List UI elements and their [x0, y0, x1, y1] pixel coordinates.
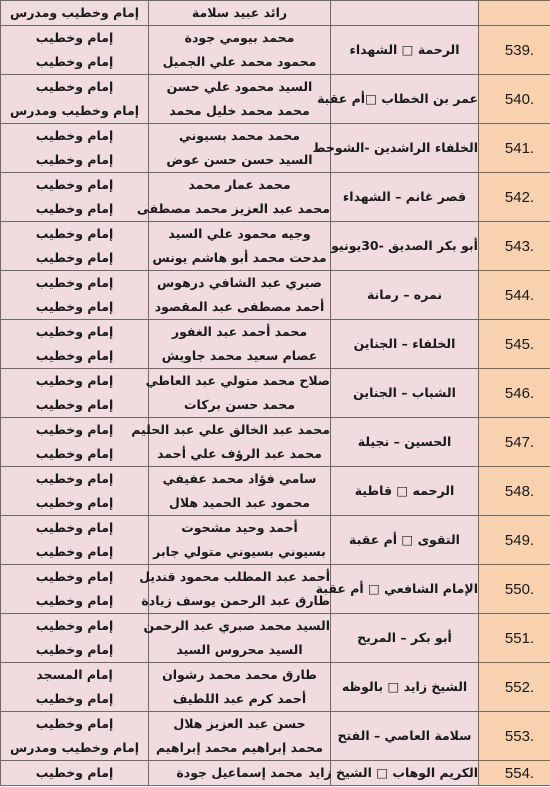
role-text: إمام وخطيب	[1, 148, 148, 172]
role-text: إمام وخطيب	[1, 565, 148, 589]
mosque-cell: سلامة العاصي – الفتح	[331, 712, 479, 761]
role-text: إمام وخطيب	[1, 26, 148, 50]
name-cell: أحمد وحيد مشحوتبسيوني بسيوني متولي جابر	[149, 516, 331, 565]
role-text: إمام وخطيب	[1, 222, 148, 246]
number-cell: 543.	[479, 222, 550, 271]
mosque-cell: الخلفاء – الجناين	[331, 320, 479, 369]
name-cell: أحمد عبد المطلب محمود قنديلطارق عبد الرح…	[149, 565, 331, 614]
number-cell: 551.	[479, 614, 550, 663]
name-text: محمد بيومي جودة	[149, 26, 330, 50]
role-text: إمام وخطيب	[1, 75, 148, 99]
number-cell: 547.	[479, 418, 550, 467]
role-cell: إمام وخطيبإمام وخطيب	[1, 516, 149, 565]
table-row: إمام وخطيبإمام وخطيبمحمد عبد الخالق علي …	[1, 418, 550, 467]
role-text: إمام وخطيب	[1, 124, 148, 148]
role-text: إمام وخطيب	[1, 467, 148, 491]
table-row: إمام وخطيبإمام وخطيبالسيد محمد صبري عبد …	[1, 614, 550, 663]
name-cell: سامي فؤاد محمد عفيفيمحمود عبد الحميد هلا…	[149, 467, 331, 516]
role-text: إمام وخطيب	[1, 761, 148, 785]
name-text: محمد حسن بركات	[149, 393, 330, 417]
role-cell: إمام وخطيبإمام وخطيب	[1, 614, 149, 663]
role-text: إمام وخطيب ومدرس	[1, 1, 148, 25]
role-cell: إمام وخطيبإمام وخطيب	[1, 26, 149, 75]
role-text: إمام وخطيب	[1, 589, 148, 613]
role-cell: إمام وخطيبإمام وخطيب	[1, 173, 149, 222]
role-text: إمام وخطيب	[1, 50, 148, 74]
table-row: إمام وخطيبإمام وخطيب ومدرسالسيد محمود عل…	[1, 75, 550, 124]
role-text: إمام وخطيب	[1, 687, 148, 711]
name-text: محمد إسماعيل جودة	[149, 761, 330, 785]
continuation-row: إمام وخطيب ومدرس رائد عبيد سلامة	[1, 1, 550, 26]
table-row: إمام المسجدإمام وخطيبطارق محمد محمد رشوا…	[1, 663, 550, 712]
name-text: محمد عبد الرؤف علي أحمد	[149, 442, 330, 466]
role-cell: إمام وخطيبإمام وخطيب	[1, 467, 149, 516]
mosque-cell: الرحمه □ قاطية	[331, 467, 479, 516]
name-text: رائد عبيد سلامة	[149, 1, 330, 25]
table-row: إمام وخطيبإمام وخطيبمحمد عمار محمدمحمد ع…	[1, 173, 550, 222]
mosque-cell: الكريم الوهاب □ الشيخ زايد	[331, 761, 479, 786]
role-text: إمام وخطيب	[1, 516, 148, 540]
mosque-text: أبو بكر – المريح	[331, 626, 478, 650]
role-cell: إمام وخطيبإمام وخطيب	[1, 320, 149, 369]
name-cell: محمد بيومي جودةمحمود محمد علي الجميل	[149, 26, 331, 75]
mosque-text: الرحمة □ الشهداء	[331, 38, 478, 62]
name-cell: حسن عبد العزيز هلالمحمد إبراهيم محمد إبر…	[149, 712, 331, 761]
role-text: إمام وخطيب	[1, 491, 148, 515]
table-row: إمام وخطيبمحمد إسماعيل جودةالكريم الوهاب…	[1, 761, 550, 786]
table-row: إمام وخطيبإمام وخطيبصلاح محمد متولي عبد …	[1, 369, 550, 418]
name-cell: وجيه محمود علي السيدمدحت محمد أبو هاشم ي…	[149, 222, 331, 271]
role-text: إمام وخطيب	[1, 197, 148, 221]
number-cell: 552.	[479, 663, 550, 712]
role-text: إمام وخطيب	[1, 442, 148, 466]
role-cell: إمام وخطيبإمام وخطيب	[1, 369, 149, 418]
name-text: بسيوني بسيوني متولي جابر	[149, 540, 330, 564]
role-text: إمام المسجد	[1, 663, 148, 687]
role-text: إمام وخطيب	[1, 271, 148, 295]
table-row: إمام وخطيبإمام وخطيبوجيه محمود علي السيد…	[1, 222, 550, 271]
name-cell: محمد محمد بسيونيالسيد حسن حسن عوض	[149, 124, 331, 173]
role-cell: إمام المسجدإمام وخطيب	[1, 663, 149, 712]
mosque-cell: الخلفاء الراشدين -الشوحط	[331, 124, 479, 173]
mosque-text: سلامة العاصي – الفتح	[331, 724, 478, 748]
name-text: السيد حسن حسن عوض	[149, 148, 330, 172]
role-cell: إمام وخطيبإمام وخطيب ومدرس	[1, 712, 149, 761]
mosque-text: الرحمه □ قاطية	[331, 479, 478, 503]
mosque-text: الخلفاء الراشدين -الشوحط	[331, 136, 478, 160]
role-cell: إمام وخطيبإمام وخطيب	[1, 124, 149, 173]
name-text: السيد محمد صبري عبد الرحمن	[149, 614, 330, 638]
role-text: إمام وخطيب	[1, 418, 148, 442]
name-text: محمود محمد علي الجميل	[149, 50, 330, 74]
table-row: إمام وخطيبإمام وخطيبمحمد محمد بسيونيالسي…	[1, 124, 550, 173]
role-text: إمام وخطيب	[1, 638, 148, 662]
number-cell: 554.	[479, 761, 550, 786]
number-cell: 546.	[479, 369, 550, 418]
number-cell: 549.	[479, 516, 550, 565]
role-text: إمام وخطيب	[1, 320, 148, 344]
role-text: إمام وخطيب	[1, 614, 148, 638]
name-text: السيد محروس السيد	[149, 638, 330, 662]
name-cell: السيد محمود علي حسنمحمد محمد خليل محمد	[149, 75, 331, 124]
mosque-text: الشباب – الجناين	[331, 381, 478, 405]
table-row: إمام وخطيبإمام وخطيبصبري عبد الشافي درهو…	[1, 271, 550, 320]
role-cell: إمام وخطيبإمام وخطيب	[1, 565, 149, 614]
mosque-cell: أبو بكر – المريح	[331, 614, 479, 663]
table-row: إمام وخطيبإمام وخطيبأحمد وحيد مشحوتبسيون…	[1, 516, 550, 565]
role-text: إمام وخطيب	[1, 246, 148, 270]
name-text: محمود عبد الحميد هلال	[149, 491, 330, 515]
role-text: إمام وخطيب	[1, 712, 148, 736]
role-text: إمام وخطيب	[1, 295, 148, 319]
mosque-cell: الحسين – نجيلة	[331, 418, 479, 467]
role-cell: إمام وخطيبإمام وخطيب	[1, 222, 149, 271]
role-cell: إمام وخطيب ومدرس	[1, 1, 149, 26]
role-cell: إمام وخطيبإمام وخطيب ومدرس	[1, 75, 149, 124]
name-text: محمد إبراهيم محمد إبراهيم	[149, 736, 330, 760]
role-text: إمام وخطيب	[1, 344, 148, 368]
role-cell: إمام وخطيبإمام وخطيب	[1, 271, 149, 320]
mosque-text: الإمام الشافعي □ أم عقبة	[331, 577, 478, 601]
name-text: محمد عبد الخالق علي عبد الحليم	[149, 418, 330, 442]
mosque-cell: أبو بكر الصديق -30يونيو	[331, 222, 479, 271]
name-text: حسن عبد العزيز هلال	[149, 712, 330, 736]
mosque-cell: الشيخ زايد □ بالوظه	[331, 663, 479, 712]
number-cell: 539.	[479, 26, 550, 75]
role-text: إمام وخطيب ومدرس	[1, 99, 148, 123]
mosque-cell: عمر بن الخطاب □أم عقبة	[331, 75, 479, 124]
number-cell	[479, 1, 550, 26]
number-cell: 548.	[479, 467, 550, 516]
name-cell: محمد أحمد عبد الغفورعصام سعيد محمد جاويش	[149, 320, 331, 369]
name-text: أحمد عبد المطلب محمود قنديل	[149, 565, 330, 589]
name-cell: طارق محمد محمد رشوانأحمد كرم عبد اللطيف	[149, 663, 331, 712]
mosque-text: عمر بن الخطاب □أم عقبة	[331, 87, 478, 111]
name-cell: السيد محمد صبري عبد الرحمنالسيد محروس ال…	[149, 614, 331, 663]
mosque-text: نمره – رمانة	[331, 283, 478, 307]
mosque-text: قصر غانم – الشهداء	[331, 185, 478, 209]
mosque-cell: الرحمة □ الشهداء	[331, 26, 479, 75]
role-text: إمام وخطيب	[1, 369, 148, 393]
table-row: إمام وخطيبإمام وخطيبسامي فؤاد محمد عفيفي…	[1, 467, 550, 516]
mosque-text: التقوى □ أم عقبة	[331, 528, 478, 552]
mosque-text: الحسين – نجيلة	[331, 430, 478, 454]
name-text: أحمد كرم عبد اللطيف	[149, 687, 330, 711]
mosque-cell: نمره – رمانة	[331, 271, 479, 320]
name-text: عصام سعيد محمد جاويش	[149, 344, 330, 368]
table-row: إمام وخطيبإمام وخطيب ومدرسحسن عبد العزيز…	[1, 712, 550, 761]
number-cell: 544.	[479, 271, 550, 320]
name-text: صلاح محمد متولي عبد العاطي	[149, 369, 330, 393]
mosque-text: الشيخ زايد □ بالوظه	[331, 675, 478, 699]
name-cell: صبري عبد الشافي درهوسأحمد مصطفى عبد المق…	[149, 271, 331, 320]
name-text: السيد محمود علي حسن	[149, 75, 330, 99]
name-cell: صلاح محمد متولي عبد العاطيمحمد حسن بركات	[149, 369, 331, 418]
number-cell: 545.	[479, 320, 550, 369]
mosque-cell: الإمام الشافعي □ أم عقبة	[331, 565, 479, 614]
name-text: محمد محمد خليل محمد	[149, 99, 330, 123]
name-text: محمد عبد العزيز محمد مصطفى	[149, 197, 330, 221]
role-text: إمام وخطيب	[1, 393, 148, 417]
mosque-text	[331, 1, 478, 25]
name-text: محمد محمد بسيوني	[149, 124, 330, 148]
role-text: إمام وخطيب	[1, 173, 148, 197]
table-row: إمام وخطيبإمام وخطيبأحمد عبد المطلب محمو…	[1, 565, 550, 614]
mosque-cell: الشباب – الجناين	[331, 369, 479, 418]
role-text: إمام وخطيب	[1, 540, 148, 564]
name-text: أحمد مصطفى عبد المقصود	[149, 295, 330, 319]
number-cell: 541.	[479, 124, 550, 173]
name-text: طارق عبد الرحمن يوسف زيادة	[149, 589, 330, 613]
name-cell: محمد عبد الخالق علي عبد الحليممحمد عبد ا…	[149, 418, 331, 467]
name-text: محمد عمار محمد	[149, 173, 330, 197]
number-cell: 542.	[479, 173, 550, 222]
mosque-cell: قصر غانم – الشهداء	[331, 173, 479, 222]
name-text: صبري عبد الشافي درهوس	[149, 271, 330, 295]
name-cell: رائد عبيد سلامة	[149, 1, 331, 26]
role-text: إمام وخطيب ومدرس	[1, 736, 148, 760]
role-cell: إمام وخطيب	[1, 761, 149, 786]
mosque-cell	[331, 1, 479, 26]
name-text: سامي فؤاد محمد عفيفي	[149, 467, 330, 491]
mosque-text: أبو بكر الصديق -30يونيو	[331, 234, 478, 258]
mosque-cell: التقوى □ أم عقبة	[331, 516, 479, 565]
name-cell: محمد إسماعيل جودة	[149, 761, 331, 786]
role-cell: إمام وخطيبإمام وخطيب	[1, 418, 149, 467]
name-text: مدحت محمد أبو هاشم يونس	[149, 246, 330, 270]
name-text: طارق محمد محمد رشوان	[149, 663, 330, 687]
table-row: إمام وخطيبإمام وخطيبمحمد بيومي جودةمحمود…	[1, 26, 550, 75]
table-row: إمام وخطيبإمام وخطيبمحمد أحمد عبد الغفور…	[1, 320, 550, 369]
imams-table: إمام وخطيب ومدرس رائد عبيد سلامة إمام وخ…	[0, 0, 550, 786]
name-text: محمد أحمد عبد الغفور	[149, 320, 330, 344]
name-text: أحمد وحيد مشحوت	[149, 516, 330, 540]
name-cell: محمد عمار محمدمحمد عبد العزيز محمد مصطفى	[149, 173, 331, 222]
number-cell: 550.	[479, 565, 550, 614]
mosque-text: الخلفاء – الجناين	[331, 332, 478, 356]
mosque-text: الكريم الوهاب □ الشيخ زايد	[331, 761, 478, 785]
number-cell: 553.	[479, 712, 550, 761]
name-text: وجيه محمود علي السيد	[149, 222, 330, 246]
number-cell: 540.	[479, 75, 550, 124]
